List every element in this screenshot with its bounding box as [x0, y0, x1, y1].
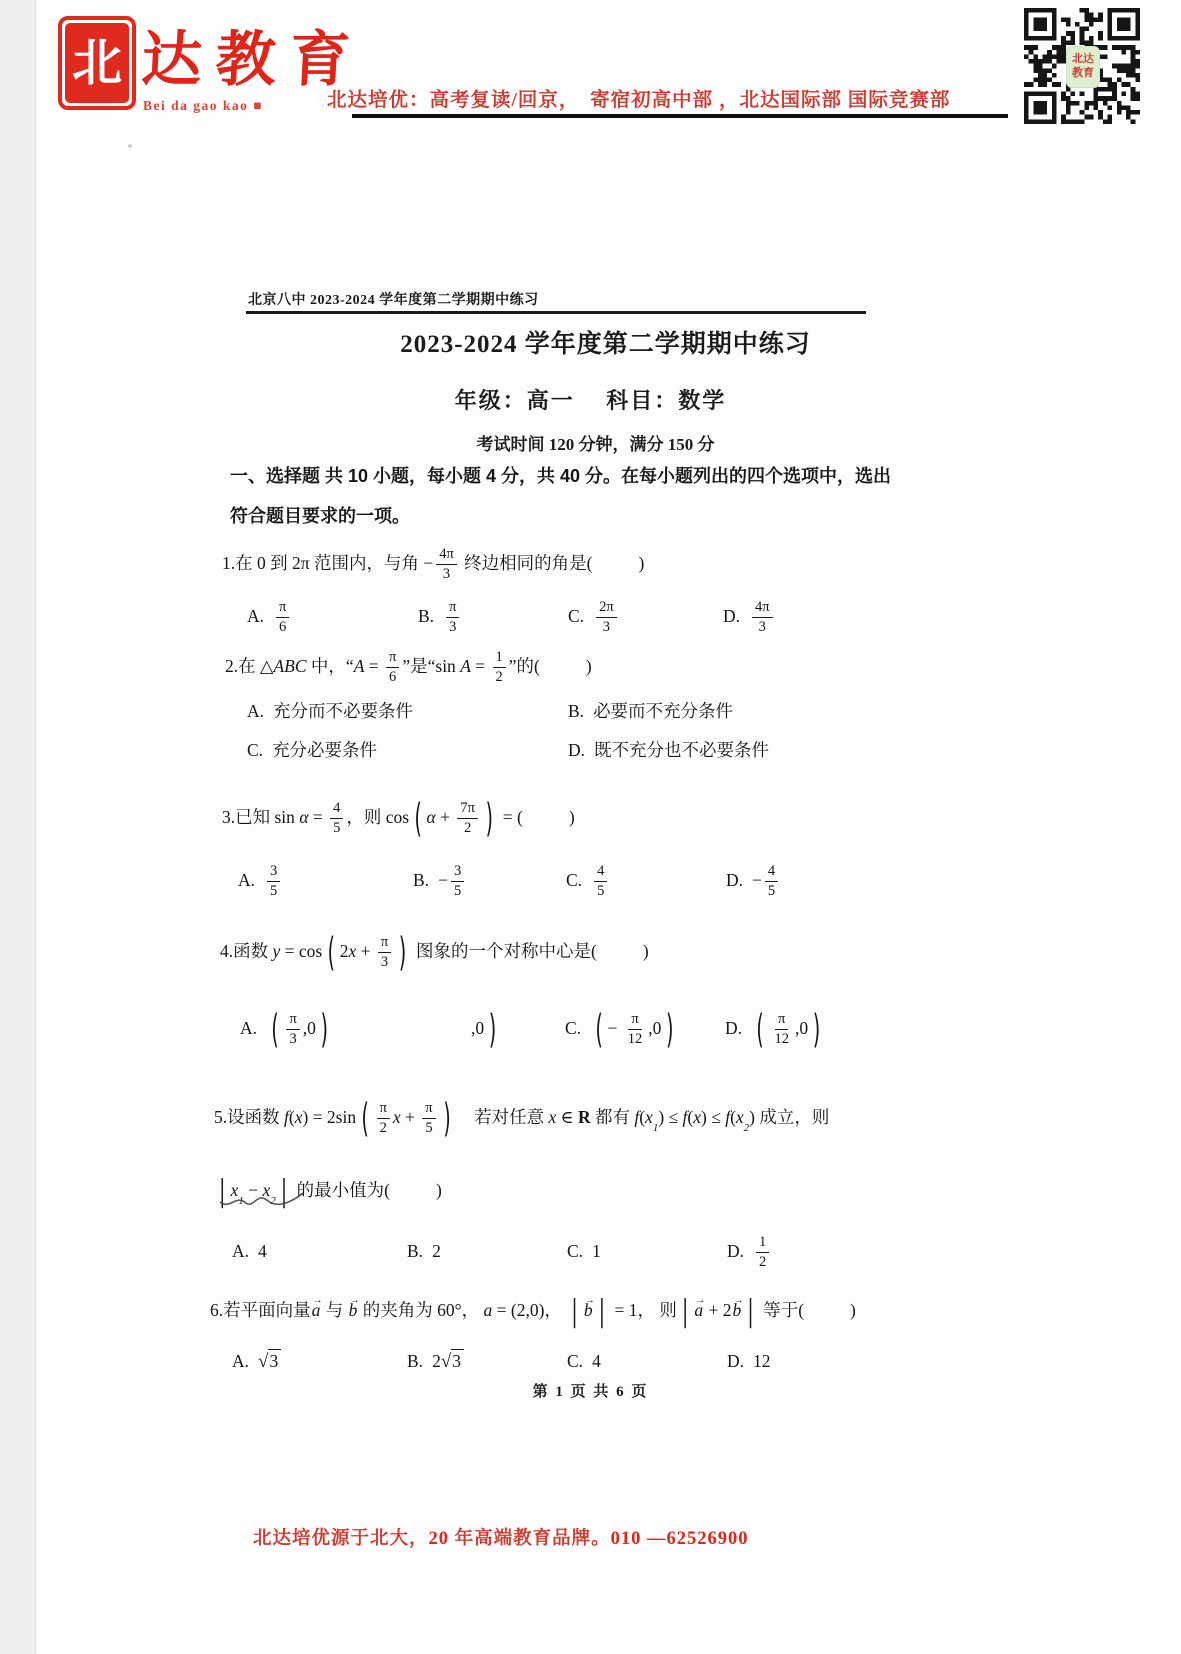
doc-header-rule — [246, 311, 866, 314]
question-5-options: A.4B.2C.1D.12 — [232, 1226, 772, 1276]
math-variable: α — [299, 807, 308, 827]
option-b: ,0) — [462, 998, 565, 1060]
fraction: 4π3 — [436, 546, 457, 584]
header-divider — [352, 114, 1008, 118]
big-paren-open: ( — [269, 968, 280, 1091]
option-d: D.(π12,0) — [725, 998, 826, 1060]
fraction-numerator: 3 — [451, 863, 464, 882]
fraction-denominator: 5 — [422, 1119, 435, 1137]
fraction-denominator: 12 — [625, 1030, 646, 1048]
fraction-numerator: 4 — [765, 863, 778, 882]
fraction-denominator: 3 — [756, 618, 769, 636]
big-paren-close: ) — [811, 968, 822, 1091]
option-value: 既不充分也不必要条件 — [594, 740, 769, 760]
math-subscript: 2 — [744, 1122, 750, 1134]
fraction: 45 — [594, 863, 607, 901]
exam-duration-info: 考试时间 120 分钟，满分 150 分 — [0, 430, 1181, 455]
math-variable: f — [725, 1107, 730, 1127]
scan-edge-strip — [0, 0, 36, 1654]
fraction-numerator: 4 — [330, 800, 343, 819]
qr-logo-line1: 北达 — [1072, 53, 1094, 67]
brand-pinyin: Bei da gao kao ■ — [143, 98, 263, 114]
option-a: A.π6 — [247, 588, 418, 644]
math-variable: x — [295, 1107, 303, 1127]
option-label: A. — [232, 1351, 249, 1371]
option-a: A.4 — [232, 1226, 407, 1276]
vector: b→ — [732, 1288, 743, 1332]
footer-years: 20 — [429, 1529, 450, 1549]
option-value: ,0) — [471, 1018, 502, 1038]
option-value: 2π3 — [593, 606, 620, 626]
math-variable: x — [736, 1107, 744, 1127]
fraction: π5 — [422, 1100, 435, 1138]
option-value: π3 — [443, 606, 462, 626]
fraction-denominator: 12 — [771, 1030, 792, 1048]
radicand: 3 — [451, 1349, 464, 1371]
fraction: π2 — [377, 1100, 390, 1138]
vector: b→ — [583, 1288, 594, 1332]
question-2-options: A.充分而不必要条件B.必要而不充分条件C.充分必要条件D.既不充分也不必要条件 — [247, 698, 769, 763]
option-value: 必要而不充分条件 — [593, 701, 733, 721]
math-variable: f — [683, 1107, 688, 1127]
option-c: C.1 — [567, 1226, 727, 1276]
fraction-denominator: 3 — [378, 953, 391, 971]
scan-speck — [128, 144, 132, 148]
option-label: C. — [247, 740, 263, 760]
scanned-exam-page: 北 达教育 Bei da gao kao ■ 北达培优：高考复读/回京， 寄宿初… — [0, 0, 1181, 1654]
fraction-numerator: 4 — [594, 863, 607, 882]
grade-subject-line: 年级：高一 科目：数学 — [0, 384, 1181, 415]
option-value: 4 — [592, 1351, 601, 1371]
option-value: 充分必要条件 — [272, 740, 377, 760]
fraction-numerator: 2π — [596, 599, 617, 618]
question-2-stem: 2.在 △ABC 中，“A = π6”是“sin A = 12”的() — [225, 638, 592, 694]
option-label: B. — [413, 870, 429, 890]
big-paren-close: ) — [319, 968, 330, 1091]
vector-arrow-icon: → — [734, 1279, 743, 1323]
option-d: D.−45 — [726, 852, 781, 908]
option-value: (π3,0) — [266, 1018, 333, 1038]
option-c: C.45 — [566, 852, 726, 908]
option-value: 12 — [753, 1351, 771, 1371]
option-value: (π12,0) — [751, 1018, 826, 1038]
option-value: 2 — [432, 1241, 441, 1261]
option-c: C.2π3 — [568, 588, 723, 644]
option-label: A. — [240, 1018, 257, 1038]
fraction-numerator: π — [276, 599, 289, 618]
question-1-options: A.π6B.π3C.2π3D.4π3 — [247, 588, 776, 644]
fraction: π12 — [771, 1011, 792, 1049]
option-b: B.必要而不充分条件 — [568, 698, 769, 724]
option-value: −45 — [752, 870, 781, 890]
option-label: A. — [238, 870, 255, 890]
fraction: 45 — [765, 863, 778, 901]
option-value: 45 — [591, 870, 610, 890]
fraction: 35 — [267, 863, 280, 901]
fraction-denominator: 2 — [756, 1253, 769, 1271]
fraction-numerator: π — [628, 1011, 641, 1030]
question-3-options: A.35B.−35C.45D.−45 — [238, 852, 781, 908]
fraction-numerator: 4π — [752, 599, 773, 618]
big-paren-close: ) — [442, 1051, 453, 1186]
option-a: A.充分而不必要条件 — [247, 698, 568, 724]
footer-phone: 010 —62526900 — [611, 1529, 749, 1549]
option-value: −35 — [438, 870, 467, 890]
fraction-numerator: π — [377, 1100, 390, 1119]
vector: b→ — [348, 1288, 359, 1332]
square-root: √3 — [441, 1344, 464, 1379]
fraction: 35 — [451, 863, 464, 901]
fraction-denominator: 2 — [377, 1119, 390, 1137]
math-variable: y — [273, 941, 281, 961]
fraction-numerator: π — [775, 1011, 788, 1030]
exam-title: 2023-2024 学年度第二学期期中练习 — [0, 324, 1181, 360]
fraction-numerator: 1 — [756, 1234, 769, 1253]
fraction: π3 — [446, 599, 459, 637]
math-variable: A — [460, 656, 471, 676]
math-variable: f — [284, 1107, 289, 1127]
fraction: π6 — [276, 599, 289, 637]
radical-sign: √ — [258, 1351, 268, 1372]
option-label: A. — [247, 606, 264, 626]
fraction-denominator: 6 — [276, 618, 289, 636]
option-label: C. — [565, 1018, 581, 1038]
math-variable: α — [427, 807, 436, 827]
fraction-numerator: π — [386, 649, 399, 668]
footer-text-2: 年高端教育品牌。 — [449, 1529, 611, 1549]
fraction-numerator: 1 — [493, 649, 506, 668]
fraction-denominator: 5 — [267, 882, 280, 900]
math-subscript: 1 — [653, 1122, 659, 1134]
radicand: 3 — [268, 1349, 281, 1371]
fraction-denominator: 3 — [287, 1030, 300, 1048]
option-value: (− π12,0) — [590, 1018, 679, 1038]
fraction-denominator: 6 — [386, 668, 399, 686]
option-label: D. — [725, 1018, 742, 1038]
question-3-stem: 3.已知 sin α = 45，则 cos(α + 7π2) = () — [222, 786, 575, 848]
option-value: 12 — [753, 1241, 772, 1261]
option-value: 1 — [592, 1241, 601, 1261]
option-c: C.(− π12,0) — [565, 998, 725, 1060]
radical-sign: √ — [441, 1351, 451, 1372]
fraction: 4π3 — [752, 599, 773, 637]
option-c: C.4 — [567, 1344, 727, 1379]
option-value: 2√3 — [432, 1351, 464, 1371]
option-b: B.−35 — [413, 852, 566, 908]
option-label: A. — [232, 1241, 249, 1261]
option-d: D.12 — [727, 1344, 771, 1379]
big-paren-close: ) — [664, 968, 675, 1091]
option-value: 充分而不必要条件 — [273, 701, 413, 721]
abs-bar: | — [680, 1273, 691, 1350]
option-label: D. — [568, 740, 585, 760]
big-paren-open: ( — [359, 1051, 370, 1186]
header-slogan: 北达培优：高考复读/回京， 寄宿初高中部 ，北达国际部 国际竞赛部 — [327, 84, 950, 112]
vector: a→ — [693, 1288, 704, 1332]
fraction-numerator: 7π — [457, 800, 478, 819]
option-label: C. — [568, 606, 584, 626]
footer-slogan: 北达培优源于北大，20 年高端教育品牌。010 —62526900 — [253, 1524, 749, 1550]
option-label: D. — [726, 870, 743, 890]
fraction-numerator: π — [422, 1100, 435, 1119]
option-value: 4π3 — [749, 606, 776, 626]
option-label: B. — [407, 1351, 423, 1371]
option-label: D. — [723, 606, 740, 626]
vector-arrow-icon: → — [350, 1279, 359, 1323]
square-root: √3 — [258, 1344, 281, 1379]
fraction-numerator: 4π — [436, 546, 457, 565]
fraction-numerator: 3 — [267, 863, 280, 882]
fraction-denominator: 2 — [461, 819, 474, 837]
fraction-denominator: 5 — [765, 882, 778, 900]
option-a: A.(π3,0) — [240, 998, 462, 1060]
option-d: D.既不充分也不必要条件 — [568, 737, 769, 763]
vector-arrow-icon: → — [695, 1279, 704, 1323]
math-variable: x — [348, 941, 356, 961]
option-d: D.4π3 — [723, 588, 776, 644]
fraction-denominator: 5 — [594, 882, 607, 900]
fraction-denominator: 3 — [600, 618, 613, 636]
qr-code: 北达 教育 — [1023, 8, 1141, 124]
fraction-numerator: π — [446, 599, 459, 618]
abs-bar: | — [569, 1273, 580, 1350]
option-c: C.充分必要条件 — [247, 737, 568, 763]
qr-logo-line2: 教育 — [1072, 67, 1094, 81]
question-6-options: A.√3B.2√3C.4D.12 — [232, 1344, 771, 1379]
abs-bar: | — [745, 1273, 756, 1350]
page-number: 第 1 页 共 6 页 — [0, 1380, 1181, 1401]
fraction-denominator: 3 — [440, 565, 453, 583]
option-a: A.√3 — [232, 1344, 407, 1379]
fraction: 2π3 — [596, 599, 617, 637]
option-label: B. — [418, 606, 434, 626]
fraction: 45 — [330, 800, 343, 838]
beida-seal-logo: 北 — [58, 16, 136, 110]
section-instructions-line1: 一、选择题 共 10 小题，每小题 4 分，共 40 分。在每小题列出的四个选项… — [230, 462, 891, 488]
vector: a→ — [311, 1288, 322, 1332]
question-6-stem: 6.若平面向量a→ 与 b→ 的夹角为 60°， a = (2,0)， |b→|… — [210, 1288, 856, 1332]
fraction-numerator: π — [286, 1011, 299, 1030]
option-b: B.2√3 — [407, 1344, 567, 1379]
question-4-stem: 4.函数 y = cos(2x + π3) 图象的一个对称中心是() — [220, 920, 649, 982]
question-4-options: A.(π3,0),0)C.(− π12,0)D.(π12,0) — [240, 998, 826, 1060]
option-value: π6 — [273, 606, 292, 626]
fraction: π3 — [378, 934, 391, 972]
math-variable: a — [484, 1300, 493, 1320]
big-paren-open: ( — [593, 968, 604, 1091]
option-label: D. — [727, 1351, 744, 1371]
fraction: 12 — [493, 649, 506, 687]
fraction: π6 — [386, 649, 399, 687]
option-value: √3 — [258, 1351, 281, 1371]
option-b: B.π3 — [418, 588, 568, 644]
math-variable: x — [548, 1107, 556, 1127]
option-label: B. — [407, 1241, 423, 1261]
math-variable: x — [393, 1107, 401, 1127]
fraction: π12 — [625, 1011, 646, 1049]
vector-arrow-icon: → — [585, 1279, 594, 1323]
option-label: A. — [247, 701, 264, 721]
fraction-denominator: 2 — [493, 668, 506, 686]
fraction-denominator: 3 — [446, 618, 459, 636]
vector-arrow-icon: → — [313, 1279, 322, 1323]
fraction-denominator: 5 — [330, 819, 343, 837]
option-label: C. — [567, 1351, 583, 1371]
section-instructions-line2: 符合题目要求的一项。 — [230, 502, 410, 528]
option-label: D. — [727, 1241, 744, 1261]
big-paren-close: ) — [487, 968, 498, 1091]
handwriting-scribble — [216, 1182, 308, 1212]
option-label: C. — [567, 1241, 583, 1261]
doc-header-line: 北京八中 2023-2024 学年度第二学期期中练习 — [248, 289, 539, 309]
qr-center-logo: 北达 教育 — [1066, 46, 1100, 88]
math-variable: x — [693, 1107, 701, 1127]
question-1-stem: 1.在 0 到 2π 范围内，与角 −4π3 终边相同的角是() — [222, 534, 644, 592]
big-paren-open: ( — [754, 968, 765, 1091]
option-b: B.2 — [407, 1226, 567, 1276]
math-variable: x — [645, 1107, 653, 1127]
fraction: π3 — [286, 1011, 299, 1049]
fraction-denominator: 5 — [451, 882, 464, 900]
seal-character: 北 — [65, 23, 129, 103]
fraction: 12 — [756, 1234, 769, 1272]
fraction-numerator: π — [378, 934, 391, 953]
math-variable: f — [634, 1107, 639, 1127]
question-5-stem: 5.设函数 f(x) = 2sin(π2x + π5)若对任意 x ∈ R 都有… — [214, 1084, 829, 1150]
fraction: 7π2 — [457, 800, 478, 838]
footer-text-1: 北达培优源于北大， — [253, 1529, 429, 1549]
option-d: D.12 — [727, 1226, 772, 1276]
option-label: C. — [566, 870, 582, 890]
math-variable: ABC — [273, 656, 306, 676]
math-bold-symbol: R — [578, 1107, 591, 1127]
option-label: B. — [568, 701, 584, 721]
math-variable: A — [354, 656, 365, 676]
option-value: 4 — [258, 1241, 267, 1261]
abs-bar: | — [597, 1273, 608, 1350]
option-value: 35 — [264, 870, 283, 890]
